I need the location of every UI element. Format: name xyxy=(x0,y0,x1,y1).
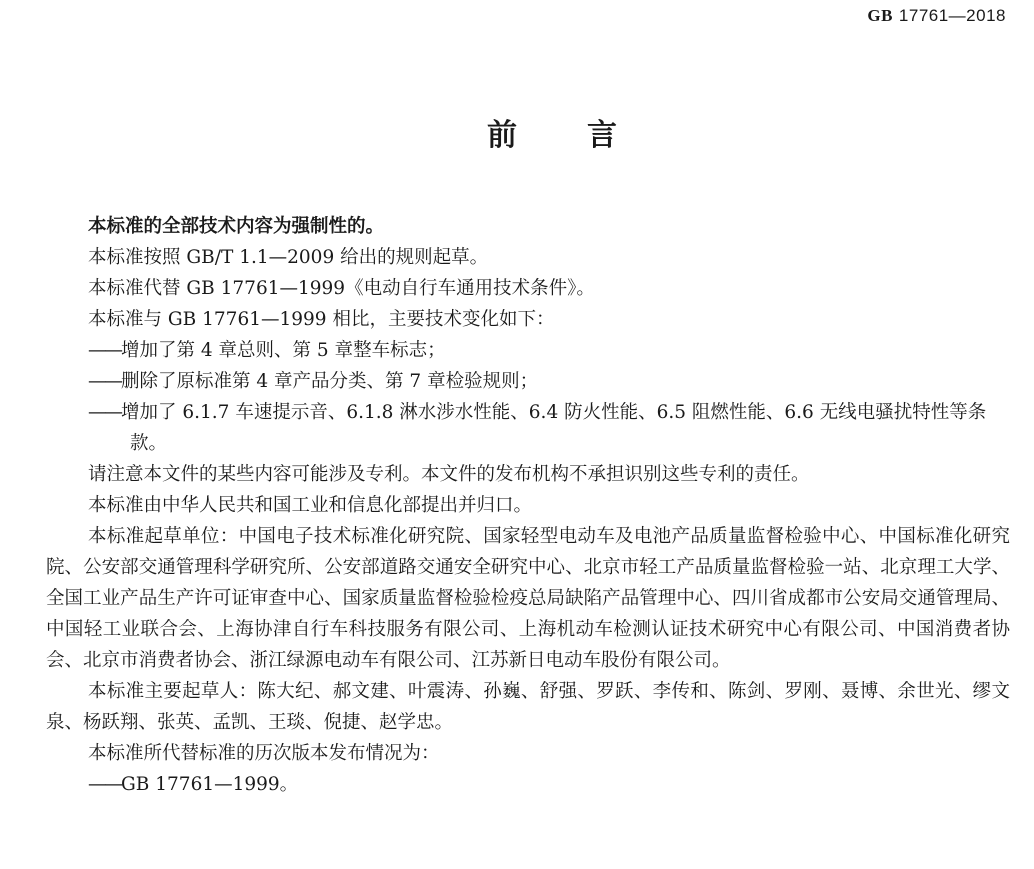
change-item: ——删除了原标准第 4 章产品分类、第 7 章检验规则； xyxy=(46,366,1010,397)
history-intro-paragraph: 本标准所代替标准的历次版本发布情况为： xyxy=(46,738,1010,769)
replaces-paragraph: 本标准代替 GB 17761—1999《电动自行车通用技术条件》。 xyxy=(46,273,1010,304)
patent-notice-paragraph: 请注意本文件的某些内容可能涉及专利。本文件的发布机构不承担识别这些专利的责任。 xyxy=(46,459,1010,490)
dash-mark: —— xyxy=(88,340,121,361)
change-item: ——增加了 6.1.7 车速提示音、6.1.8 淋水涉水性能、6.4 防火性能、… xyxy=(46,397,1010,459)
drafters-paragraph: 本标准主要起草人：陈大纪、郝文建、叶震涛、孙巍、舒强、罗跃、李传和、陈剑、罗刚、… xyxy=(46,676,1010,738)
drafting-rules-paragraph: 本标准按照 GB/T 1.1—2009 给出的规则起草。 xyxy=(46,242,1010,273)
change-item: ——增加了第 4 章总则、第 5 章整车标志； xyxy=(46,335,1010,366)
standard-code-header: GB17761—2018 xyxy=(867,6,1006,26)
standard-number: 17761—2018 xyxy=(899,6,1006,25)
drafting-units-paragraph: 本标准起草单位：中国电子技术标准化研究院、国家轻型电动车及电池产品质量监督检验中… xyxy=(46,521,1010,676)
changes-intro-paragraph: 本标准与 GB 17761—1999 相比，主要技术变化如下： xyxy=(46,304,1010,335)
history-item: ——GB 17761—1999。 xyxy=(46,769,1010,800)
mandatory-statement: 本标准的全部技术内容为强制性的。 xyxy=(46,211,1010,242)
dash-mark: —— xyxy=(88,402,121,423)
dash-mark: —— xyxy=(88,774,121,795)
standard-prefix: GB xyxy=(867,6,893,25)
foreword-body: 本标准的全部技术内容为强制性的。 本标准按照 GB/T 1.1—2009 给出的… xyxy=(46,211,1010,800)
proposer-paragraph: 本标准由中华人民共和国工业和信息化部提出并归口。 xyxy=(46,490,1010,521)
dash-mark: —— xyxy=(88,371,121,392)
page-title: 前言 xyxy=(0,110,1034,154)
